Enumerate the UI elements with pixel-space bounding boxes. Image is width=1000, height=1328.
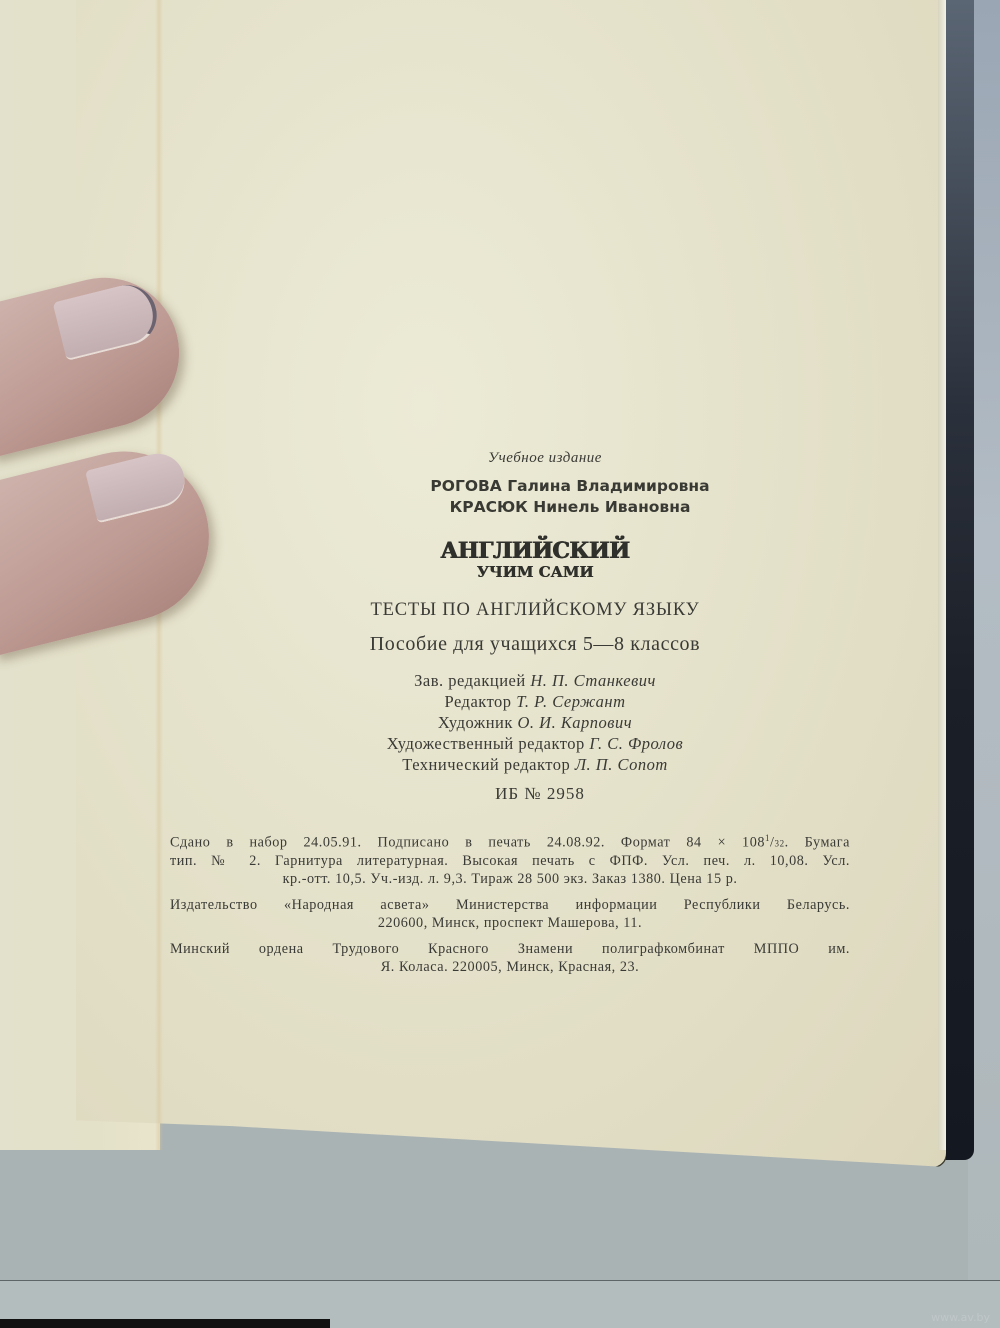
spec-line-1: Сдано в набор 24.05.91. Подписано в печа… (170, 830, 850, 853)
staff-line: Художник О. И. Карпович (190, 712, 880, 733)
spec-text: Сдано в набор 24.05.91. Подписано в печа… (170, 835, 702, 851)
fingernail (52, 279, 163, 361)
author-given-name: Галина Владимировна (507, 477, 709, 495)
staff-line: Редактор Т. Р. Сержант (190, 691, 880, 712)
book-title: ТЕСТЫ ПО АНГЛИЙСКОМУ ЯЗЫКУ (190, 600, 880, 621)
staff-name: Л. П. Сопот (575, 755, 668, 774)
book-subtitle: Пособие для учащихся 5—8 классов (190, 633, 880, 656)
format-denominator: 32 (775, 839, 785, 849)
author-1: РОГОВА Галина Владимировна (260, 476, 880, 497)
staff-role: Художник (438, 713, 513, 732)
edition-type: Учебное издание (210, 450, 880, 467)
times-sign: × (718, 835, 727, 851)
publisher-line-1: Издательство «Народная асвета» Министерс… (170, 897, 850, 915)
ib-number: ИБ № 2958 (200, 784, 880, 804)
staff-credits: Зав. редакцией Н. П. Станкевич Редактор … (190, 670, 880, 775)
print-specifications: Сдано в набор 24.05.91. Подписано в печа… (170, 830, 850, 976)
staff-role: Художественный редактор (387, 734, 585, 753)
printer-line-2: Я. Коласа. 220005, Минск, Красная, 23. (170, 959, 850, 977)
spec-line-3: кр.-отт. 10,5. Уч.-изд. л. 9,3. Тираж 28… (170, 871, 850, 889)
staff-role: Технический редактор (402, 755, 570, 774)
spec-line-2: тип. № 2. Гарнитура литературная. Высока… (170, 853, 850, 871)
staff-role: Редактор (444, 692, 511, 711)
staff-line: Технический редактор Л. П. Сопот (190, 754, 880, 775)
staff-name: Г. С. Фролов (589, 734, 683, 753)
desk-surface (0, 1280, 1000, 1328)
desk-edge (0, 1319, 330, 1328)
watermark: www.av.by (931, 1311, 990, 1324)
printer-line-1: Минский ордена Трудового Красного Знамен… (170, 941, 850, 959)
staff-name: Н. П. Станкевич (530, 671, 656, 690)
series-subtitle: УЧИМ САМИ (190, 562, 880, 582)
staff-name: Т. Р. Сержант (516, 692, 625, 711)
book-cover-edge (944, 0, 974, 1160)
format-value: 108 (742, 835, 765, 851)
spec-text: . Бумага (785, 835, 850, 851)
page-stack-edge (938, 0, 946, 1150)
staff-name: О. И. Карпович (518, 713, 633, 732)
format-numerator: 1 (765, 833, 770, 843)
staff-line: Художественный редактор Г. С. Фролов (190, 733, 880, 754)
series-title: АНГЛИЙСКИЙ (190, 540, 880, 562)
publisher-line-2: 220600, Минск, проспект Машерова, 11. (170, 915, 850, 933)
staff-line: Зав. редакцией Н. П. Станкевич (190, 670, 880, 691)
publisher-info: Издательство «Народная асвета» Министерс… (170, 897, 850, 932)
author-surname: РОГОВА (430, 477, 501, 495)
printer-info: Минский ордена Трудового Красного Знамен… (170, 941, 850, 976)
author-given-name: Нинель Ивановна (533, 498, 690, 516)
author-surname: КРАСЮК (450, 498, 528, 516)
staff-role: Зав. редакцией (414, 671, 526, 690)
author-2: КРАСЮК Нинель Ивановна (260, 497, 880, 518)
imprint-block: Учебное издание РОГОВА Галина Владимиров… (160, 450, 880, 804)
